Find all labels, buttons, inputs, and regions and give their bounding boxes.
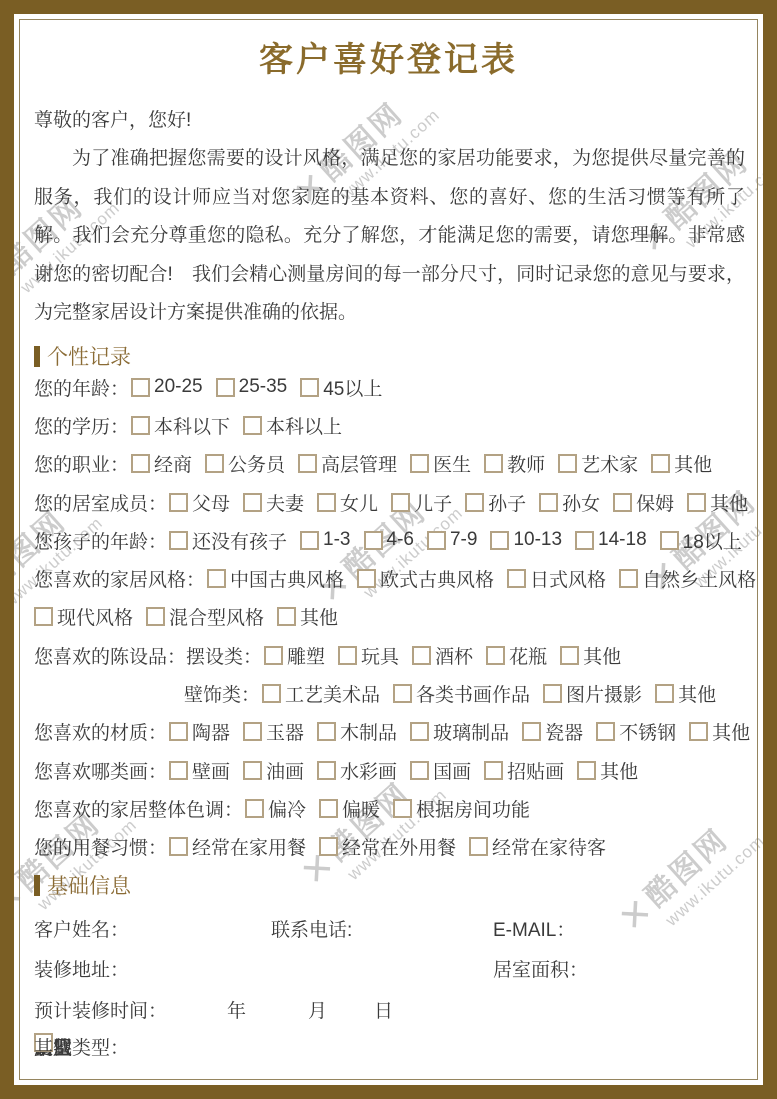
checkbox-option-label: 自然乡土风格	[642, 565, 756, 592]
checkbox-option-label: 欧式古典风格	[380, 565, 494, 592]
checkbox-option[interactable]: 1-3	[300, 529, 350, 551]
row-label: 您喜欢的陈设品：摆设类：	[34, 642, 262, 669]
section-bar-icon	[34, 346, 40, 367]
checkbox-icon[interactable]	[317, 493, 336, 512]
checkbox-option[interactable]: 25-35	[216, 376, 288, 398]
row-label: 您喜欢哪类画：	[34, 757, 167, 784]
checkbox-row: 您的职业：经商公务员高层管理医生教师艺术家其他	[34, 445, 748, 483]
section-header-basic: 基础信息	[34, 870, 131, 900]
checkbox-option[interactable]: 其他	[655, 680, 716, 707]
checkbox-option[interactable]: 18以上	[660, 527, 742, 554]
checkbox-option-label: 不锈钢	[619, 718, 676, 745]
checkbox-option[interactable]: 经商	[131, 450, 192, 477]
checkbox-option-label: 其他	[674, 450, 712, 477]
checkbox-row: 您喜欢哪类画：壁画油画水彩画国画招贴画其他	[34, 751, 748, 789]
row-label: 您的年龄：	[34, 374, 129, 401]
checkbox-option-label: 其他	[34, 1033, 72, 1060]
checkbox-option[interactable]: 不锈钢	[596, 718, 676, 745]
checkbox-icon[interactable]	[484, 454, 503, 473]
checkbox-option-label: 25-35	[239, 376, 288, 398]
checkbox-icon[interactable]	[131, 378, 150, 397]
checkbox-option-label: 其他	[712, 718, 750, 745]
checkbox-option[interactable]: 孙子	[465, 489, 526, 516]
checkbox-option-label: 雕塑	[287, 642, 325, 669]
checkbox-option-label: 混合型风格	[169, 603, 264, 630]
area-field-label[interactable]: 居室面积：	[493, 955, 588, 982]
personality-rows: 您的年龄：20-2525-3545以上您的学历：本科以下本科以上您的职业：经商公…	[34, 368, 748, 866]
checkbox-option[interactable]: 20-25	[131, 376, 203, 398]
checkbox-option[interactable]: 木制品	[317, 718, 397, 745]
checkbox-option[interactable]: 现代风格	[34, 603, 133, 630]
checkbox-icon[interactable]	[689, 722, 708, 741]
checkbox-icon[interactable]	[412, 646, 431, 665]
checkbox-option[interactable]: 7-9	[427, 529, 477, 551]
checkbox-icon[interactable]	[298, 454, 317, 473]
checkbox-option-label: 本科以上	[266, 412, 342, 439]
checkbox-row: 您喜欢的家居风格：中国古典风格欧式古典风格日式风格自然乡土风格	[34, 559, 748, 597]
checkbox-option-label: 经常在外用餐	[342, 833, 456, 860]
checkbox-icon[interactable]	[169, 761, 188, 780]
section-bar-icon	[34, 875, 40, 896]
checkbox-option[interactable]: 根据房间功能	[393, 795, 530, 822]
checkbox-option-label: 花瓶	[509, 642, 547, 669]
checkbox-icon[interactable]	[655, 684, 674, 703]
checkbox-option-label: 各类书画作品	[416, 680, 530, 707]
checkbox-option[interactable]: 酒杯	[412, 642, 473, 669]
checkbox-option-label: 18以上	[683, 527, 742, 554]
checkbox-option[interactable]: 医生	[410, 450, 471, 477]
checkbox-option-label: 其他	[300, 603, 338, 630]
checkbox-icon[interactable]	[131, 454, 150, 473]
checkbox-option-label: 经常在家待客	[492, 833, 606, 860]
checkbox-icon[interactable]	[486, 646, 505, 665]
email-field-label[interactable]: E-MAIL：	[493, 915, 575, 942]
row-label: 您的居室成员：	[34, 489, 167, 516]
renovation-time-field-label[interactable]: 预计装修时间：	[34, 996, 167, 1023]
checkbox-option-label: 孙女	[562, 489, 600, 516]
checkbox-icon[interactable]	[357, 569, 376, 588]
checkbox-icon[interactable]	[264, 646, 283, 665]
checkbox-option-label: 酒杯	[435, 642, 473, 669]
checkbox-icon[interactable]	[243, 493, 262, 512]
checkbox-option-label: 经常在家用餐	[192, 833, 306, 860]
checkbox-option[interactable]: 经常在外用餐	[319, 833, 456, 860]
checkbox-option[interactable]: 45以上	[300, 374, 382, 401]
checkbox-option-label: 父母	[192, 489, 230, 516]
checkbox-option[interactable]: 玩具	[338, 642, 399, 669]
checkbox-icon[interactable]	[393, 684, 412, 703]
customer-name-field-label[interactable]: 客户姓名：	[34, 915, 129, 942]
month-label[interactable]: 月	[308, 996, 327, 1023]
checkbox-option-label: 1-3	[323, 529, 350, 551]
row-label: 您的学历：	[34, 412, 129, 439]
checkbox-option-label: 20-25	[154, 376, 203, 398]
checkbox-option-label: 其他	[583, 642, 621, 669]
checkbox-option-label: 招贴画	[507, 757, 564, 784]
checkbox-option-label: 其他	[710, 489, 748, 516]
checkbox-row: 您孩子的年龄：还没有孩子1-34-67-910-1314-1818以上	[34, 521, 748, 559]
checkbox-option[interactable]: 还没有孩子	[169, 527, 287, 554]
checkbox-option-label: 玻璃制品	[433, 718, 509, 745]
checkbox-icon[interactable]	[558, 454, 577, 473]
checkbox-option-label: 壁画	[192, 757, 230, 784]
checkbox-option[interactable]: 雕塑	[264, 642, 325, 669]
checkbox-option-label: 本科以下	[154, 412, 230, 439]
phone-field-label[interactable]: 联系电话:	[271, 915, 352, 942]
checkbox-row: 您喜欢的家居整体色调：偏冷偏暖根据房间功能	[34, 789, 748, 827]
day-label[interactable]: 日	[374, 996, 393, 1023]
checkbox-icon[interactable]	[317, 722, 336, 741]
checkbox-option-label: 水彩画	[340, 757, 397, 784]
checkbox-option[interactable]: 中国古典风格	[207, 565, 344, 592]
checkbox-option-label: 公务员	[228, 450, 285, 477]
checkbox-option[interactable]: 经常在家用餐	[169, 833, 306, 860]
checkbox-row: 您的居室成员：父母夫妻女儿儿子孙子孙女保姆其他	[34, 483, 748, 521]
checkbox-icon[interactable]	[427, 531, 446, 550]
checkbox-row: 您的用餐习惯：经常在家用餐经常在外用餐经常在家待客	[34, 828, 748, 866]
checkbox-option[interactable]: 4-6	[364, 529, 414, 551]
checkbox-icon[interactable]	[277, 607, 296, 626]
checkbox-icon[interactable]	[169, 722, 188, 741]
checkbox-option[interactable]: 儿子	[391, 489, 452, 516]
checkbox-icon[interactable]	[243, 761, 262, 780]
checkbox-icon[interactable]	[507, 569, 526, 588]
checkbox-icon[interactable]	[522, 722, 541, 741]
checkbox-icon[interactable]	[560, 646, 579, 665]
checkbox-icon[interactable]	[207, 569, 226, 588]
address-field-label[interactable]: 装修地址：	[34, 955, 129, 982]
checkbox-icon[interactable]	[243, 416, 262, 435]
checkbox-option-label: 图片摄影	[566, 680, 642, 707]
checkbox-icon[interactable]	[169, 837, 188, 856]
checkbox-option[interactable]: 混合型风格	[146, 603, 264, 630]
checkbox-icon[interactable]	[393, 799, 412, 818]
checkbox-icon[interactable]	[469, 837, 488, 856]
checkbox-option[interactable]: 偏冷	[245, 795, 306, 822]
checkbox-option[interactable]: 图片摄影	[543, 680, 642, 707]
checkbox-row: 您喜欢的材质：陶器玉器木制品玻璃制品瓷器不锈钢其他	[34, 713, 748, 751]
checkbox-option-label: 其他	[600, 757, 638, 784]
checkbox-icon[interactable]	[317, 761, 336, 780]
checkbox-option-label: 医生	[433, 450, 471, 477]
checkbox-option-label: 日式风格	[530, 565, 606, 592]
checkbox-option[interactable]: 自然乡土风格	[619, 565, 756, 592]
checkbox-option-label: 油画	[266, 757, 304, 784]
checkbox-option[interactable]: 本科以下	[131, 412, 230, 439]
row-label: 您喜欢的材质：	[34, 718, 167, 745]
checkbox-option[interactable]: 其他	[560, 642, 621, 669]
checkbox-icon[interactable]	[490, 531, 509, 550]
checkbox-option[interactable]: 各类书画作品	[393, 680, 530, 707]
checkbox-option[interactable]: 其他	[651, 450, 712, 477]
checkbox-option-label: 保姆	[636, 489, 674, 516]
checkbox-row: 壁饰类：工艺美术品各类书画作品图片摄影其他	[34, 674, 748, 712]
checkbox-option[interactable]: 夫妻	[243, 489, 304, 516]
greeting-text: 尊敬的客户，您好!	[34, 105, 191, 132]
checkbox-icon[interactable]	[338, 646, 357, 665]
checkbox-option[interactable]: 女儿	[317, 489, 378, 516]
checkbox-icon[interactable]	[300, 531, 319, 550]
checkbox-row: 您喜欢的陈设品：摆设类：雕塑玩具酒杯花瓶其他	[34, 636, 748, 674]
customer-preference-form: ✕酷图网www.ikutu.com✕酷图网www.ikutu.com✕酷图网ww…	[0, 0, 777, 1099]
checkbox-icon[interactable]	[613, 493, 632, 512]
checkbox-icon[interactable]	[319, 837, 338, 856]
checkbox-option-label: 14-18	[598, 529, 647, 551]
checkbox-icon[interactable]	[596, 722, 615, 741]
checkbox-icon[interactable]	[539, 493, 558, 512]
checkbox-option-label: 儿子	[414, 489, 452, 516]
checkbox-option[interactable]: 其他	[689, 718, 750, 745]
checkbox-icon[interactable]	[131, 416, 150, 435]
checkbox-option[interactable]: 艺术家	[558, 450, 638, 477]
checkbox-icon[interactable]	[577, 761, 596, 780]
checkbox-option-label: 10-13	[513, 529, 562, 551]
checkbox-option-label: 夫妻	[266, 489, 304, 516]
checkbox-icon[interactable]	[169, 531, 188, 550]
checkbox-option[interactable]: 油画	[243, 757, 304, 784]
checkbox-option-label: 陶器	[192, 718, 230, 745]
checkbox-option[interactable]: 瓷器	[522, 718, 583, 745]
checkbox-option[interactable]: 欧式古典风格	[357, 565, 494, 592]
basic-info-row-2: 装修地址： 居室面积：	[34, 955, 757, 981]
checkbox-option[interactable]: 其他	[277, 603, 338, 630]
form-content: 客户喜好登记表 尊敬的客户，您好! 为了准确把握您需要的设计风格，满足您的家居功…	[0, 0, 777, 1099]
intro-paragraph: 为了准确把握您需要的设计风格，满足您的家居功能要求，为您提供尽量完善的服务，我们…	[34, 140, 745, 333]
checkbox-option[interactable]: 10-13	[490, 529, 562, 551]
checkbox-icon[interactable]	[34, 607, 53, 626]
checkbox-option-label: 工艺美术品	[285, 680, 380, 707]
checkbox-row: 居室类型：平层错层跃层复式别墅其他	[34, 1033, 757, 1059]
checkbox-option[interactable]: 14-18	[575, 529, 647, 551]
checkbox-icon[interactable]	[205, 454, 224, 473]
checkbox-option-label: 偏暖	[342, 795, 380, 822]
checkbox-icon[interactable]	[391, 493, 410, 512]
checkbox-option[interactable]: 公务员	[205, 450, 285, 477]
checkbox-option[interactable]: 保姆	[613, 489, 674, 516]
checkbox-option[interactable]: 玻璃制品	[410, 718, 509, 745]
checkbox-icon[interactable]	[687, 493, 706, 512]
checkbox-option-label: 木制品	[340, 718, 397, 745]
checkbox-icon[interactable]	[575, 531, 594, 550]
checkbox-option[interactable]: 高层管理	[298, 450, 397, 477]
checkbox-option[interactable]: 偏暖	[319, 795, 380, 822]
checkbox-icon[interactable]	[410, 454, 429, 473]
checkbox-option[interactable]: 日式风格	[507, 565, 606, 592]
checkbox-option[interactable]: 其他	[577, 757, 638, 784]
checkbox-icon[interactable]	[543, 684, 562, 703]
section-title: 个性记录	[47, 341, 131, 371]
checkbox-option[interactable]: 孙女	[539, 489, 600, 516]
checkbox-row: 现代风格混合型风格其他	[34, 598, 748, 636]
checkbox-icon[interactable]	[319, 799, 338, 818]
checkbox-option-label: 经商	[154, 450, 192, 477]
checkbox-icon[interactable]	[364, 531, 383, 550]
checkbox-option[interactable]: 招贴画	[484, 757, 564, 784]
checkbox-option-label: 根据房间功能	[416, 795, 530, 822]
checkbox-option-label: 瓷器	[545, 718, 583, 745]
checkbox-icon[interactable]	[169, 493, 188, 512]
checkbox-icon[interactable]	[410, 722, 429, 741]
row-label: 您孩子的年龄：	[34, 527, 167, 554]
checkbox-option-label: 女儿	[340, 489, 378, 516]
checkbox-icon[interactable]	[245, 799, 264, 818]
row-label: 壁饰类：	[184, 680, 260, 707]
basic-info-row-3: 预计装修时间： 年 月 日	[34, 996, 757, 1022]
checkbox-option-label: 偏冷	[268, 795, 306, 822]
checkbox-icon[interactable]	[243, 722, 262, 741]
checkbox-option[interactable]: 陶器	[169, 718, 230, 745]
checkbox-icon[interactable]	[660, 531, 679, 550]
checkbox-option-label: 国画	[433, 757, 471, 784]
checkbox-option[interactable]: 国画	[410, 757, 471, 784]
checkbox-option[interactable]: 经常在家待客	[469, 833, 606, 860]
checkbox-option[interactable]: 其他	[687, 489, 748, 516]
checkbox-option-label: 玉器	[266, 718, 304, 745]
checkbox-option-label: 高层管理	[321, 450, 397, 477]
checkbox-option-label: 艺术家	[581, 450, 638, 477]
checkbox-icon[interactable]	[484, 761, 503, 780]
checkbox-option[interactable]: 父母	[169, 489, 230, 516]
checkbox-icon[interactable]	[146, 607, 165, 626]
checkbox-icon[interactable]	[619, 569, 638, 588]
section-header-personality: 个性记录	[34, 341, 131, 371]
checkbox-icon[interactable]	[300, 378, 319, 397]
checkbox-row: 您的年龄：20-2525-3545以上	[34, 368, 748, 406]
checkbox-option-label: 中国古典风格	[230, 565, 344, 592]
year-label[interactable]: 年	[227, 996, 246, 1023]
checkbox-option[interactable]: 玉器	[243, 718, 304, 745]
checkbox-icon[interactable]	[465, 493, 484, 512]
checkbox-option[interactable]: 水彩画	[317, 757, 397, 784]
checkbox-option[interactable]: 工艺美术品	[262, 680, 380, 707]
page-title: 客户喜好登记表	[0, 32, 777, 81]
checkbox-option-label: 还没有孩子	[192, 527, 287, 554]
checkbox-icon[interactable]	[216, 378, 235, 397]
checkbox-icon[interactable]	[262, 684, 281, 703]
checkbox-option[interactable]: 本科以上	[243, 412, 342, 439]
checkbox-option-label: 其他	[678, 680, 716, 707]
checkbox-icon[interactable]	[651, 454, 670, 473]
checkbox-option-label: 现代风格	[57, 603, 133, 630]
checkbox-option-label: 7-9	[450, 529, 477, 551]
checkbox-option[interactable]: 花瓶	[486, 642, 547, 669]
checkbox-option-label: 孙子	[488, 489, 526, 516]
checkbox-icon[interactable]	[410, 761, 429, 780]
checkbox-option[interactable]: 教师	[484, 450, 545, 477]
row-label: 您的职业：	[34, 450, 129, 477]
row-label: 您喜欢的家居风格：	[34, 565, 205, 592]
room-type-row: 居室类型：平层错层跃层复式别墅其他	[34, 1033, 757, 1059]
row-label: 您喜欢的家居整体色调：	[34, 795, 243, 822]
section-title: 基础信息	[47, 870, 131, 900]
checkbox-option-label: 4-6	[387, 529, 414, 551]
checkbox-option-label: 45以上	[323, 374, 382, 401]
checkbox-option-label: 玩具	[361, 642, 399, 669]
row-label: 您的用餐习惯：	[34, 833, 167, 860]
checkbox-row: 您的学历：本科以下本科以上	[34, 406, 748, 444]
checkbox-option-label: 教师	[507, 450, 545, 477]
basic-info-row-1: 客户姓名： 联系电话: E-MAIL：	[34, 915, 757, 941]
checkbox-option[interactable]: 壁画	[169, 757, 230, 784]
